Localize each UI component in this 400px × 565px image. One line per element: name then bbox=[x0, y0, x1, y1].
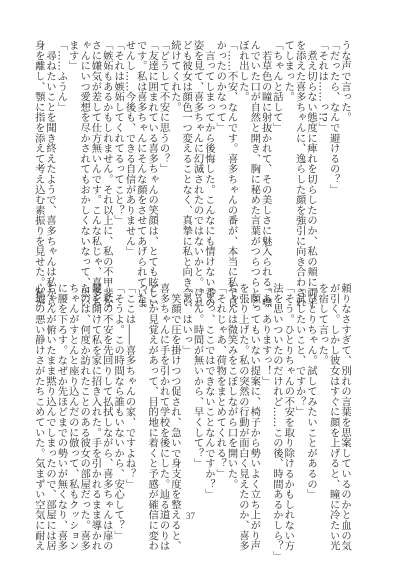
text-column: 喜多ちゃんに手を引かれて学校を後にした。辿る道のりは bbox=[157, 283, 168, 501]
text-column: 若草色の瞳に射抜かれて、その美しさに魅入られる。噤 bbox=[259, 40, 270, 258]
text-column: さに嫌気が差して仕方無いんです。こんな私じゃ、喜多ち bbox=[89, 40, 100, 258]
text-column: 「あ、はいっ」 bbox=[180, 283, 191, 501]
page-number: 37 bbox=[186, 511, 195, 521]
text-column: 法を思いついたのだけれど……この後、時間あるかしら？」 bbox=[271, 283, 282, 501]
text-column: 「どうして不安に思うの？」 bbox=[157, 40, 168, 258]
text-column: 姿を見て、喜多ちゃんに幻滅されたのではないかと。けれ bbox=[191, 40, 202, 258]
text-column: が引く。しかし彼女はすぐに顔を上げると、瞳に冷たい光 bbox=[327, 283, 338, 501]
text-column: 「そうよ。この時間なら誰もいないから、安心して？」 bbox=[112, 283, 123, 501]
text-column: ゃんにいつ愛想を尽かされてもおかしくないなって、思い bbox=[78, 40, 89, 258]
text-column: 「うん。時間が無いから、早くして？」 bbox=[191, 283, 202, 501]
text-column: ちゃんは微笑みをこぼしながら口を開いた。 bbox=[225, 283, 236, 501]
text-column: 「ひとりちゃん。試してみたいことがあるの」 bbox=[305, 283, 316, 501]
text-column: てしまった。 bbox=[282, 40, 293, 258]
text-column: 「それじゃあ、荷物をまとめてくれる？」 bbox=[214, 283, 225, 501]
text-column: 頼りなさすぎて、別れの言葉を思案しているのかと血の気 bbox=[339, 283, 350, 501]
text-column: 私の不安を先回りして払拭しながら、喜多ちゃんは扉の bbox=[100, 283, 111, 501]
text-column: 尋ねたいことを聞き終えたようで、喜多ちゃんは私から bbox=[44, 40, 55, 258]
text-column: を添えた喜多ちゃんに、逸らした顔を強引に向き合わされ bbox=[293, 40, 304, 258]
text-column: 笑顔で圧を掛けつつ促され、急いで身支度を整えると、 bbox=[169, 283, 180, 501]
text-column: 「えっ、ここではできないことなんですか？」 bbox=[203, 283, 214, 501]
text-column: 「嫉妬もあるかもしれません。それ以上に、私の不甲斐な bbox=[100, 40, 111, 258]
text-column: 「あ、ありますっ！」 bbox=[259, 283, 270, 501]
text-column: 鍵を開けて私を家に招き入れた。手を引かれるまま導かれ bbox=[89, 283, 100, 501]
upper-text-block: うな声で言った。 「だったら、なんで避けるの？」 「それは……っ!?」 煮え切ら… bbox=[30, 40, 350, 258]
text-column: 「試したいこと、ですか？」 bbox=[293, 283, 304, 501]
book-page: うな声で言った。 「だったら、なんで避けるの？」 「それは……っ!?」 煮え切ら… bbox=[0, 0, 400, 565]
text-column: 「だったら、なんで避けるの？」 bbox=[327, 40, 338, 258]
text-column: 心地の悪い静けさがたちこめていた。気まずい空気に耐え bbox=[32, 283, 43, 501]
text-column: を宿して言った。 bbox=[316, 283, 327, 501]
text-column: 「友達に囲まれている喜多ちゃんの笑顔は、とても眩しい bbox=[146, 40, 157, 258]
text-column: 願ってもいない提案に、椅子から勢いよく立ち上がり声 bbox=[248, 283, 259, 501]
text-column: 「ちゃんと話して」 bbox=[271, 40, 282, 258]
text-column: ぼれ出した。 bbox=[237, 40, 248, 258]
text-column: 「ここは――喜多ちゃんの家、ですよね？」 bbox=[123, 283, 134, 501]
text-column: んでいた口が自然と開き、胸に秘めた言葉がつらつらとこ bbox=[248, 40, 259, 258]
lower-text-block: 頼りなさすぎて、別れの言葉を思案しているのかと血の気 が引く。しかし彼女はすぐに… bbox=[30, 283, 350, 501]
text-column: 「それは嫉妬してくれてるってこと？」 bbox=[112, 40, 123, 258]
text-column: たのは、何度か訪れたことのある彼女の部屋だった。喜多 bbox=[78, 283, 89, 501]
text-column: を張り上げた。私の突然の行動が面白く見えたのか、喜多 bbox=[237, 283, 248, 501]
text-column: 身を離し、顎に指を添えて考え込む素振りを見せた。私が bbox=[32, 40, 43, 258]
text-column: せんし……今後も、できる自信がありません」 bbox=[123, 40, 134, 258]
text-column: 「……ふうん」 bbox=[55, 40, 66, 258]
text-column: った。 bbox=[134, 283, 145, 501]
text-column: に腰を下ろす。なぜか先ほどまでの勢いが無くなり、喜多 bbox=[55, 283, 66, 501]
text-column: 「それは……っ!?」 bbox=[316, 40, 327, 258]
text-column: 言ってしまってから後悔した。こんなにも情けない番の bbox=[203, 40, 214, 258]
text-column: かったのかなって」 bbox=[214, 40, 225, 258]
text-column: ます」 bbox=[66, 40, 77, 258]
text-column: 「そう。ひとりちゃんの不安を取り除けるかもしれない方 bbox=[282, 283, 293, 501]
text-column: ちゃんがすとんと座り込んだのに倣って、私もクッション bbox=[66, 283, 77, 501]
text-column: です。私は喜多ちゃんにそんな顔をさせてあげられていま bbox=[134, 40, 145, 258]
text-column: 煮え切らない態度に痺れを切らしたのか、私の頬に両手 bbox=[305, 40, 316, 258]
text-column: どこか見覚えがあって、目的地に着くと予感が確信に変わ bbox=[146, 283, 157, 501]
text-column: うな声で言った。 bbox=[339, 40, 350, 258]
text-column: ちゃんが俯いたまま黙り込んでしまったので、部屋には居 bbox=[44, 283, 55, 501]
text-column: ども彼女は顔色一つ変えることなく、真摯に私と向き合い bbox=[180, 40, 191, 258]
text-column: 「……不安、なんです。喜多ちゃんの番が、本当に私で良 bbox=[225, 40, 236, 258]
text-column: 続けてくれた。 bbox=[169, 40, 180, 258]
